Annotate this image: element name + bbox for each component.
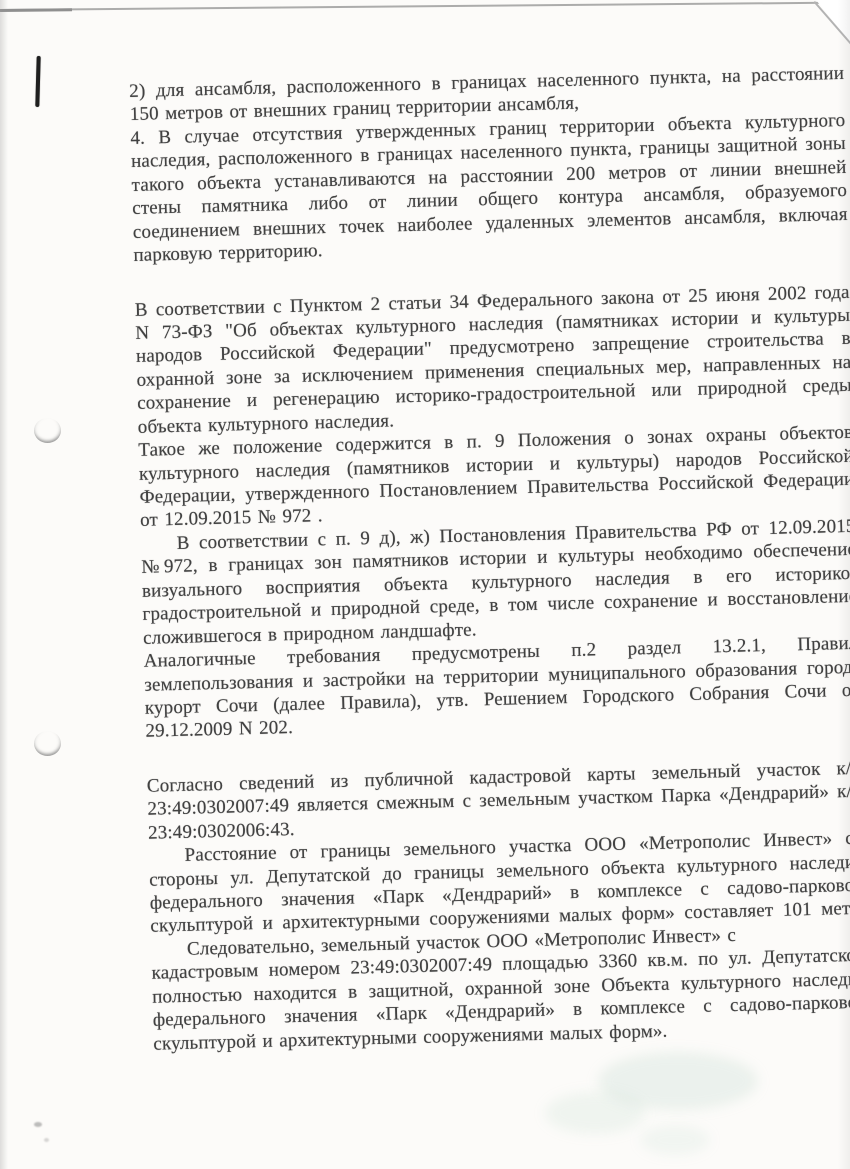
paragraph-group-zones: 2) для ансамбля, расположенного в границ… — [129, 62, 849, 268]
scan-top-edge-line-dark-segment — [0, 8, 72, 12]
scan-smudge — [545, 1092, 645, 1134]
paragraph-group-federal-law: В соответствии с Пунктом 2 статьи 34 Фед… — [135, 280, 850, 743]
scan-smudge — [640, 1125, 710, 1155]
scan-left-edge-shadow — [0, 0, 8, 1169]
hole-punch-bottom — [34, 731, 61, 756]
document-text: 2) для ансамбля, расположенного в границ… — [129, 62, 850, 1056]
scan-speck — [34, 1122, 42, 1127]
scan-speck — [44, 1138, 49, 1142]
paragraph-group-cadastral: Согласно сведений из публичной кадастров… — [147, 756, 850, 1055]
staple-mark — [35, 56, 40, 107]
hole-punch-top — [34, 418, 61, 443]
scan-top-edge-line — [0, 1, 850, 10]
scanned-page: 2) для ансамбля, расположенного в границ… — [0, 0, 850, 1169]
